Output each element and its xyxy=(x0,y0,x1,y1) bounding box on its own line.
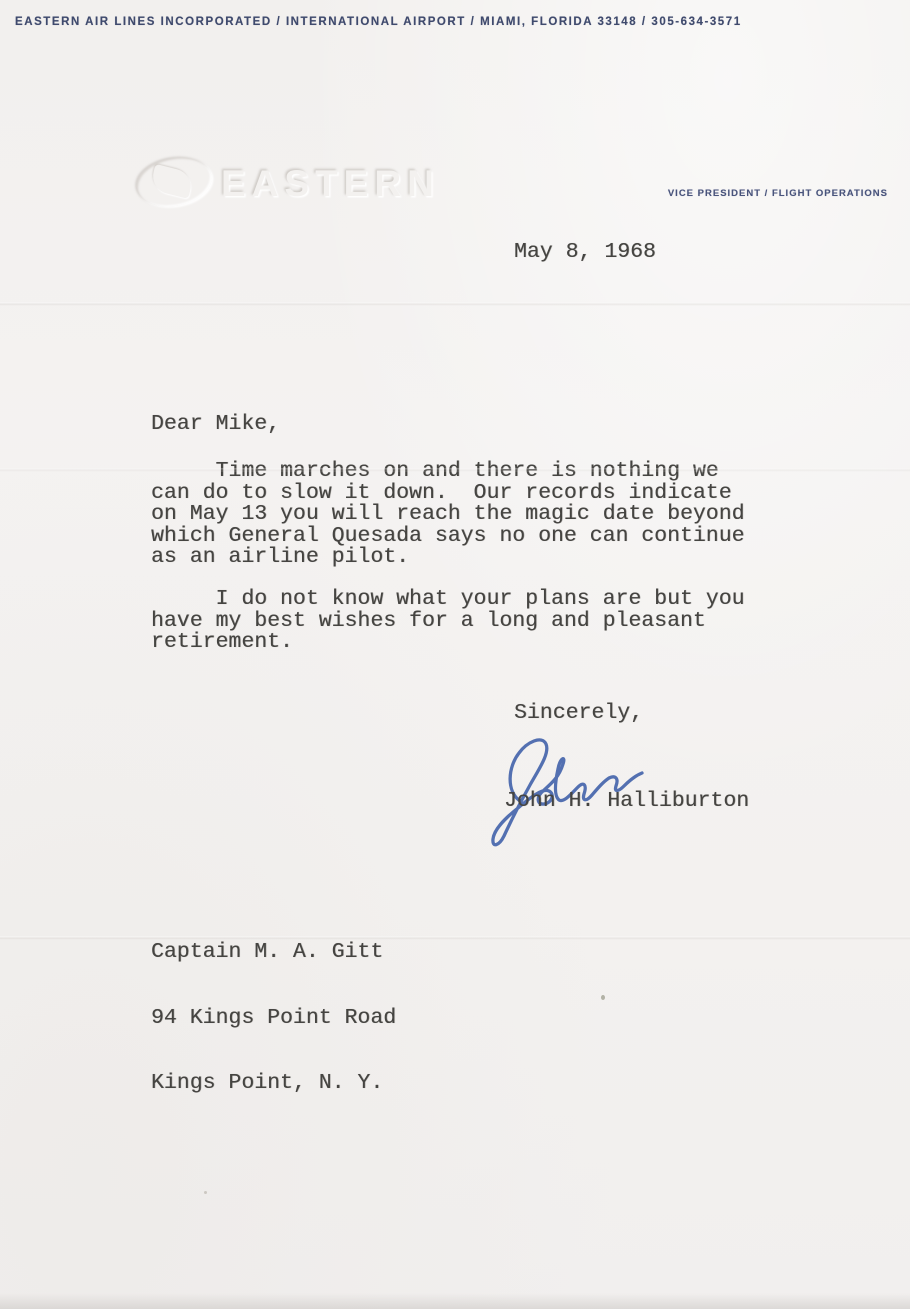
paper-fold-crease xyxy=(0,302,910,306)
paper-fold-crease xyxy=(0,936,910,940)
letterhead-address-line: EASTERN AIR LINES INCORPORATED / INTERNA… xyxy=(15,16,742,28)
embossed-eastern-wordmark: EASTERN xyxy=(221,163,440,205)
office-title: VICE PRESIDENT / FLIGHT OPERATIONS xyxy=(668,188,888,199)
closing-line: Sincerely, xyxy=(514,703,643,725)
recipient-city: Kings Point, N. Y. xyxy=(151,1073,396,1095)
salutation: Dear Mike, xyxy=(151,414,280,436)
letter-page: EASTERN AIR LINES INCORPORATED / INTERNA… xyxy=(0,0,910,1309)
paper-speck xyxy=(601,995,605,1000)
paper-speck xyxy=(204,1191,207,1194)
recipient-street: 94 Kings Point Road xyxy=(151,1008,396,1030)
body-paragraph-2: I do not know what your plans are but yo… xyxy=(151,589,745,654)
recipient-name: Captain M. A. Gitt xyxy=(151,942,396,964)
letter-date: May 8, 1968 xyxy=(514,242,656,264)
recipient-address-block: Captain M. A. Gitt 94 Kings Point Road K… xyxy=(151,899,396,1138)
eastern-falcon-emblem-icon xyxy=(132,152,215,212)
scan-edge-shadow xyxy=(0,1293,910,1309)
body-paragraph-1: Time marches on and there is nothing we … xyxy=(151,461,745,569)
typed-signer-name: John H. Halliburton xyxy=(504,791,749,813)
